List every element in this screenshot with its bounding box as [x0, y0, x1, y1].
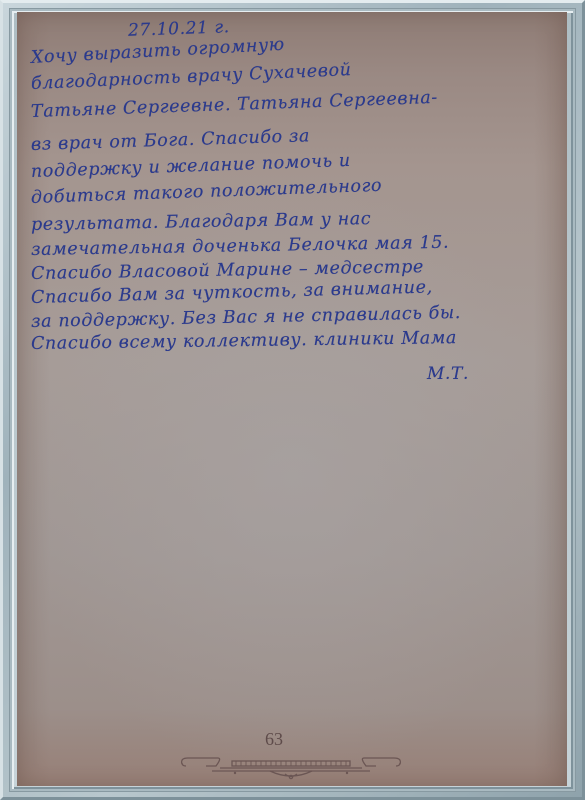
letter-line: Татьяне Сергеевне. Татьяна Сергеевна-: [31, 88, 439, 122]
letter-line: результата. Благодаря Вам у нас: [31, 209, 372, 235]
letter-line: вз врач от Бога. Спасибо за: [31, 126, 311, 155]
letter-line: добиться такого положительного: [31, 176, 383, 208]
page-ornament-icon: [180, 752, 402, 782]
letter-line: замечательная доченька Белочка мая 15.: [31, 233, 450, 260]
photo-frame: 27.10.21 г. Хочу выразить огромную благо…: [0, 0, 585, 800]
letter-signature: М.Т.: [427, 364, 469, 384]
letter-line: за поддержку. Без Вас я не справилась бы…: [31, 303, 461, 332]
page-number: 63: [265, 729, 283, 750]
letter-date: 27.10.21 г.: [128, 17, 230, 41]
letter-line: поддержку и желание помочь и: [31, 151, 351, 182]
letter-line: Спасибо всему коллективу. клиники Мама: [31, 328, 457, 354]
letter-page: 27.10.21 г. Хочу выразить огромную благо…: [17, 12, 567, 786]
